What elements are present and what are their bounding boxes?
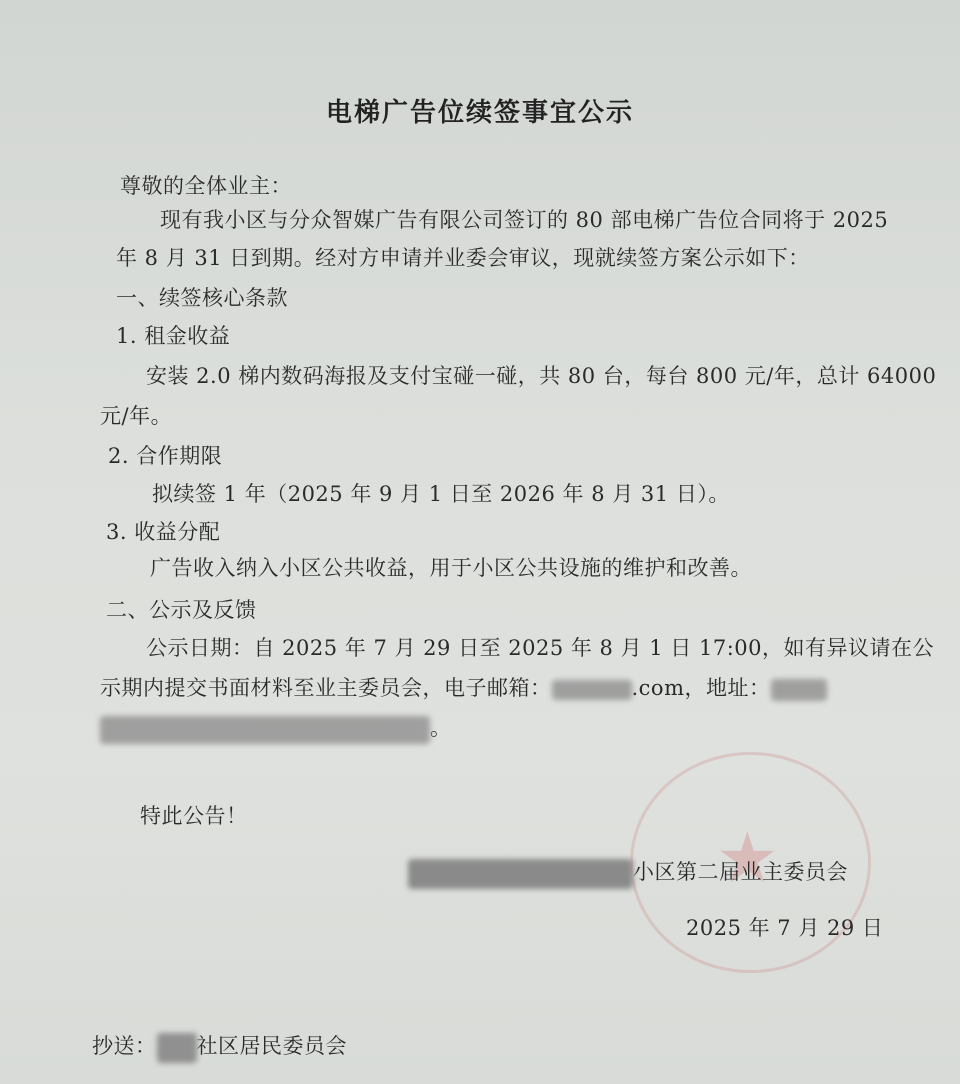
section2-text-line-1: 公示日期：自 2025 年 7 月 29 日至 2025 年 8 月 1 日 1… <box>146 632 934 662</box>
email-suffix: .com，地址： <box>632 676 771 700</box>
redacted-address-start <box>771 679 827 701</box>
salutation: 尊敬的全体业主： <box>120 170 292 200</box>
item1-text-line-2: 元/年。 <box>100 400 172 430</box>
redacted-email <box>552 680 632 700</box>
item1-heading: 1. 租金收益 <box>116 320 230 350</box>
signature-committee: 小区第二届业主委员会 <box>408 856 848 889</box>
item2-heading: 2. 合作期限 <box>108 440 222 470</box>
committee-name: 小区第二届业主委员会 <box>633 860 848 884</box>
item3-heading: 3. 收益分配 <box>106 516 220 546</box>
section1-heading: 一、续签核心条款 <box>116 282 288 312</box>
redacted-address <box>100 716 430 744</box>
cc-label: 抄送： <box>92 1034 157 1058</box>
cc-line: 抄送：社区居民委员会 <box>92 1030 347 1063</box>
cc-recipient: 社区居民委员会 <box>197 1034 348 1058</box>
section2-heading: 二、公示及反馈 <box>106 594 257 624</box>
notice-title: 电梯广告位续签事宜公示 <box>0 92 960 129</box>
item3-text: 广告收入纳入小区公共收益，用于小区公共设施的维护和改善。 <box>150 552 752 582</box>
closing-statement: 特此公告！ <box>140 800 248 830</box>
notice-document: ★ 电梯广告位续签事宜公示 尊敬的全体业主： 现有我小区与分众智媒广告有限公司签… <box>0 0 960 1084</box>
redacted-community-name <box>408 859 633 889</box>
intro-line-1: 现有我小区与分众智媒广告有限公司签订的 80 部电梯广告位合同将于 2025 <box>160 204 888 234</box>
section2-text-prefix: 示期内提交书面材料至业主委员会，电子邮箱： <box>100 676 552 700</box>
signature-date: 2025 年 7 月 29 日 <box>686 912 883 942</box>
section2-text-line-3: 。 <box>100 712 452 744</box>
redacted-cc-name <box>157 1033 197 1063</box>
item2-text: 拟续签 1 年（2025 年 9 月 1 日至 2026 年 8 月 31 日）… <box>152 478 730 508</box>
address-end: 。 <box>430 716 452 740</box>
section2-text-line-2: 示期内提交书面材料至业主委员会，电子邮箱：.com，地址： <box>100 672 827 702</box>
item1-text-line-1: 安装 2.0 梯内数码海报及支付宝碰一碰，共 80 台，每台 800 元/年，总… <box>146 360 936 390</box>
intro-line-2: 年 8 月 31 日到期。经对方申请并业委会审议，现就续签方案公示如下： <box>116 242 810 272</box>
